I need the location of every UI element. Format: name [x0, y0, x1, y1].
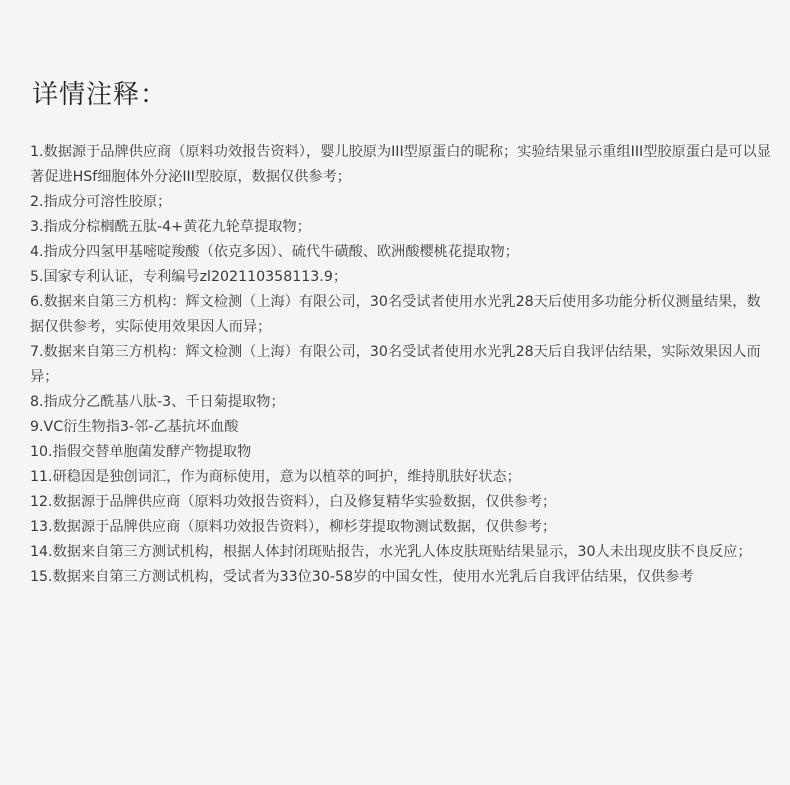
notes-list: 1.数据源于品牌供应商（原料功效报告资料），婴儿胶原为III型原蛋白的昵称；实验… — [30, 140, 772, 590]
note-item: 12.数据源于品牌供应商（原料功效报告资料），白及修复精华实验数据，仅供参考； — [30, 490, 772, 515]
note-item: 5.国家专利认证，专利编号zl202110358113.9； — [30, 265, 772, 290]
note-item: 7.数据来自第三方机构：辉文检测（上海）有限公司，30名受试者使用水光乳28天后… — [30, 340, 772, 390]
note-item: 15.数据来自第三方测试机构，受试者为33位30-58岁的中国女性，使用水光乳后… — [30, 565, 772, 590]
note-item: 10.指假交替单胞菌发酵产物提取物 — [30, 440, 772, 465]
note-item: 9.VC衍生物指3-邻-乙基抗坏血酸 — [30, 415, 772, 440]
note-item: 6.数据来自第三方机构：辉文检测（上海）有限公司，30名受试者使用水光乳28天后… — [30, 290, 772, 340]
note-item: 3.指成分棕榈酰五肽-4+黄花九轮草提取物； — [30, 215, 772, 240]
note-item: 13.数据源于品牌供应商（原料功效报告资料），柳杉芽提取物测试数据，仅供参考； — [30, 515, 772, 540]
note-item: 14.数据来自第三方测试机构，根据人体封闭斑贴报告，水光乳人体皮肤斑贴结果显示，… — [30, 540, 772, 565]
note-item: 8.指成分乙酰基八肽-3、千日菊提取物； — [30, 390, 772, 415]
note-item: 4.指成分四氢甲基嘧啶羧酸（依克多因）、硫代牛磺酸、欧洲酸樱桃花提取物； — [30, 240, 772, 265]
note-item: 11.研稳因是独创词汇，作为商标使用，意为以植萃的呵护，维持肌肤好状态； — [30, 465, 772, 490]
notes-page: 详情注释： 1.数据源于品牌供应商（原料功效报告资料），婴儿胶原为III型原蛋白… — [0, 0, 790, 785]
page-title: 详情注释： — [32, 78, 167, 112]
note-item: 1.数据源于品牌供应商（原料功效报告资料），婴儿胶原为III型原蛋白的昵称；实验… — [30, 140, 772, 190]
note-item: 2.指成分可溶性胶原； — [30, 190, 772, 215]
